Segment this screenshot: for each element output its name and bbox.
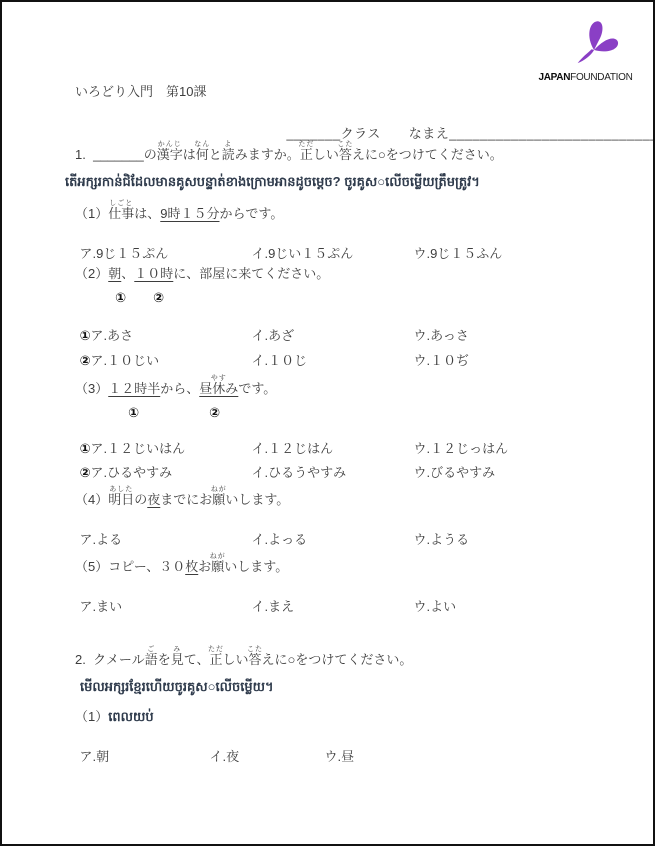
q1-khmer-instruction: តើអក្សរកាន់ជិដែលមានគូសបន្ទាត់ខាងក្រោមអាន… [65,173,480,190]
name-label: なまえ [409,126,450,141]
class-blank: _______ [286,126,340,141]
option-i: イ.ひるうやすみ [251,465,413,481]
option-a: ア.朝 [79,749,209,765]
butterfly-ribbon-icon [576,12,622,70]
option-u: ウ.よい [413,599,456,615]
q2-item1-options: ア.朝イ.夜ウ.昼 [65,733,354,781]
q2-title: 2. クメール語ごを見みて、正ただしい答こたえに○をつけてください。 [75,646,412,668]
q1-item2-markers: ① ② [65,290,365,306]
option-i: イ.よっる [251,532,413,548]
page-title: いろどり入門 第10課 [75,83,206,100]
option-u: ウ.１０ぢ [413,353,469,369]
option-i: イ.9じい１５ぷん [251,246,413,262]
brand-foundation: FOUNDATION [570,72,632,83]
q1-item2-line: （2）朝、１０時に、部屋に来てください。 [75,265,329,282]
q1-item3-line: （3）１２時半から、昼休やすみです。 [75,375,276,397]
brand-japan: JAPAN [538,72,570,83]
option-i: イ.まえ [251,599,413,615]
q1-item4-line: （4）明日あしたの夜までにお願ねがいします。 [75,486,289,508]
option-i: イ.１０じ [251,353,413,369]
japan-foundation-logo: JAPANFOUNDATION [538,12,633,83]
option-marker: ② [79,353,90,368]
q2-item1-line: （1）ពេលយប់ [75,708,154,725]
marker-1: ① [128,405,139,421]
class-label: クラス [341,126,381,141]
q1-item5-line: （5）コピー、３０枚お願ねがいします。 [75,553,288,575]
q1-title: 1. _______の漢字かんじは何なんと読よみますか。正ただしい答こたえに○を… [75,141,503,163]
option-u: ウ.昼 [324,749,354,765]
q1-item3-markers: ① ② [65,405,365,421]
option-i: イ.夜 [209,749,324,765]
marker-2: ② [209,405,220,421]
q1-item1-line: （1）仕事しごとは、9時１５分からです。 [75,200,283,222]
option-a: ②ア.１０じい [79,353,251,369]
option-a: ②ア.ひるやすみ [79,465,251,481]
option-u: ウ.びるやすみ [413,465,495,481]
marker-2: ② [153,290,164,306]
q2-khmer-instruction: មើលអក្សរខ្មែរហើយចូរគូស○លើចម្លើយ។ [80,678,274,695]
option-u: ウ.ようる [413,532,469,548]
option-u: ウ.9じ１５ふん [413,246,502,262]
option-a: ア.9じ１５ぷん [79,246,251,262]
option-a: ア.よる [79,532,251,548]
brand-text: JAPANFOUNDATION [538,72,633,83]
document-page: JAPANFOUNDATION いろどり入門 第10課 _______クラスなま… [0,0,655,846]
option-a: ア.まい [79,599,251,615]
marker-1: ① [115,290,126,306]
name-blank: _____________________________ [449,126,655,141]
q1-item5-options: ア.まいイ.まえウ.よい [65,583,456,631]
option-marker: ② [79,465,90,480]
